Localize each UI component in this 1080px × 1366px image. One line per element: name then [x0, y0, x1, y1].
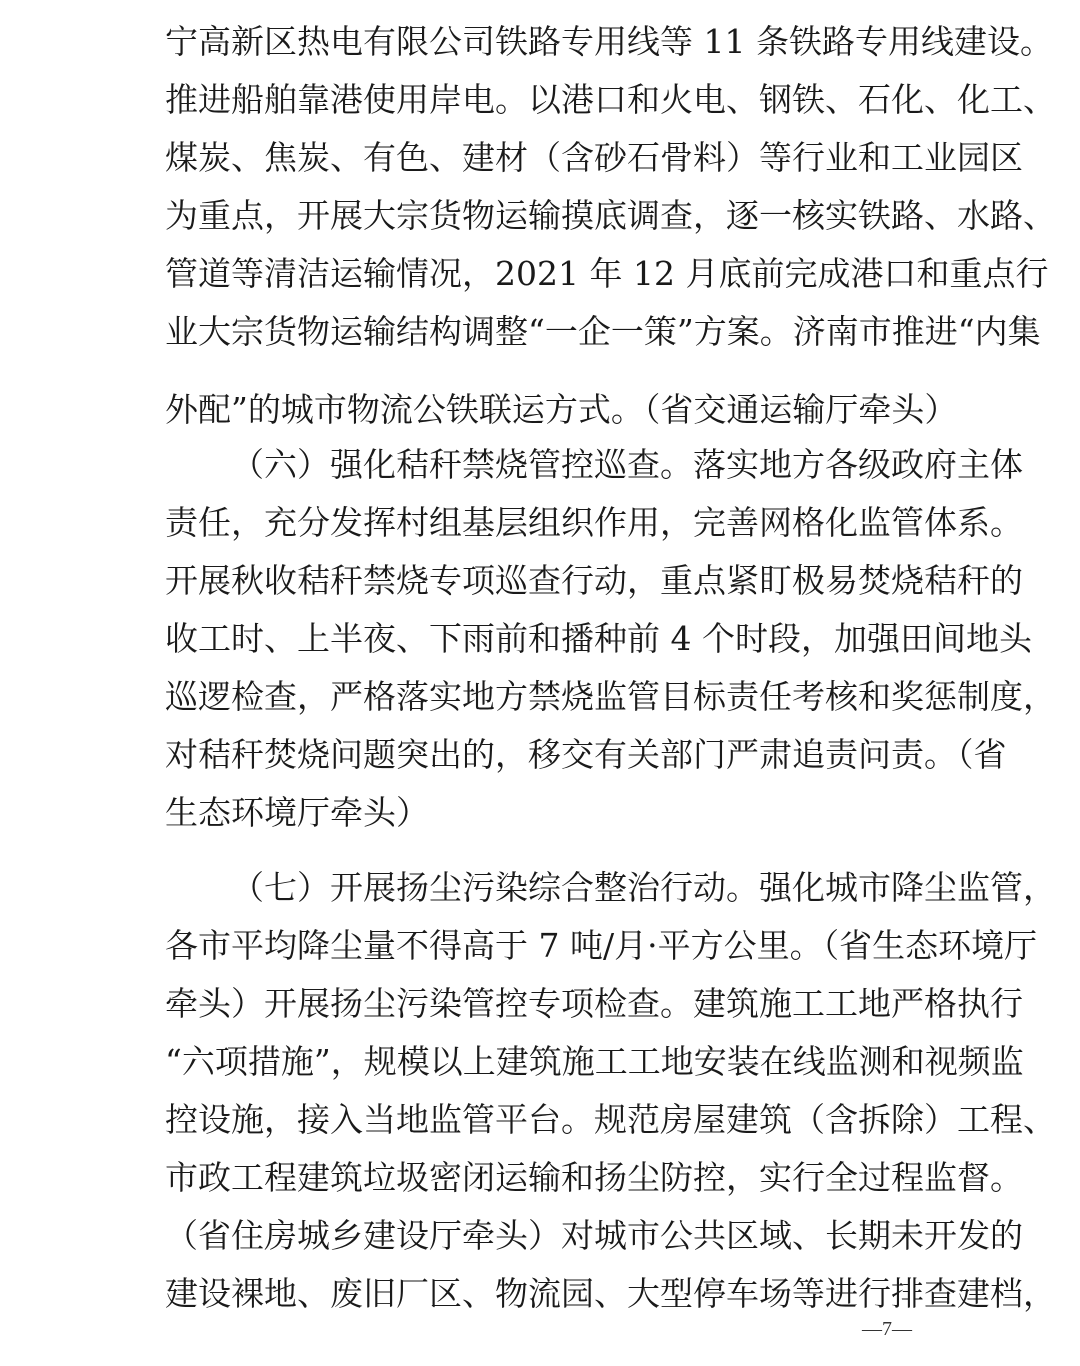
- text-line: 外配”的城市物流公铁联运方式。（省交通运输厅牵头）: [165, 381, 917, 439]
- text-line: 收工时、上半夜、下雨前和播种前 4 个时段，加强田间地头: [165, 610, 917, 668]
- text-line: 推进船舶靠港使用岸电。以港口和火电、钢铁、石化、化工、: [165, 71, 917, 129]
- section-heading-line: （七）开展扬尘污染综合整治行动。强化城市降尘监管，: [231, 859, 917, 917]
- text-line: 牵头）开展扬尘污染管控专项检查。建筑施工工地严格执行: [165, 975, 917, 1033]
- text-line: “六项措施”，规模以上建筑施工工地安装在线监测和视频监: [165, 1033, 917, 1091]
- text-line: 生态环境厅牵头）: [165, 784, 917, 842]
- text-line: 开展秋收秸秆禁烧专项巡查行动，重点紧盯极易焚烧秸秆的: [165, 552, 917, 610]
- text-line: 为重点，开展大宗货物运输摸底调查，逐一核实铁路、水路、: [165, 187, 917, 245]
- text-line: 责任，充分发挥村组基层组织作用，完善网格化监管体系。: [165, 494, 917, 552]
- section-heading-line: （六）强化秸秆禁烧管控巡查。落实地方各级政府主体: [231, 436, 917, 494]
- text-line: 市政工程建筑垃圾密闭运输和扬尘防控，实行全过程监督。: [165, 1149, 917, 1207]
- text-line: 巡逻检查，严格落实地方禁烧监管目标责任考核和奖惩制度，: [165, 668, 917, 726]
- text-line: 各市平均降尘量不得高于 7 吨/月·平方公里。（省生态环境厅: [165, 917, 917, 975]
- text-line: 宁高新区热电有限公司铁路专用线等 11 条铁路专用线建设。: [165, 13, 917, 71]
- text-line: （省住房城乡建设厅牵头）对城市公共区域、长期未开发的: [165, 1207, 917, 1265]
- page-number: —7—: [862, 1318, 912, 1341]
- text-line: 煤炭、焦炭、有色、建材（含砂石骨料）等行业和工业园区: [165, 129, 917, 187]
- text-line: 对秸秆焚烧问题突出的，移交有关部门严肃追责问责。（省: [165, 726, 917, 784]
- document-page: 宁高新区热电有限公司铁路专用线等 11 条铁路专用线建设。 推进船舶靠港使用岸电…: [0, 0, 1080, 1366]
- text-line: 管道等清洁运输情况，2021 年 12 月底前完成港口和重点行: [165, 245, 917, 303]
- text-line: 建设裸地、废旧厂区、物流园、大型停车场等进行排查建档，: [165, 1265, 917, 1323]
- text-line: 业大宗货物运输结构调整“一企一策”方案。济南市推进“内集: [165, 303, 917, 361]
- text-line: 控设施，接入当地监管平台。规范房屋建筑（含拆除）工程、: [165, 1091, 917, 1149]
